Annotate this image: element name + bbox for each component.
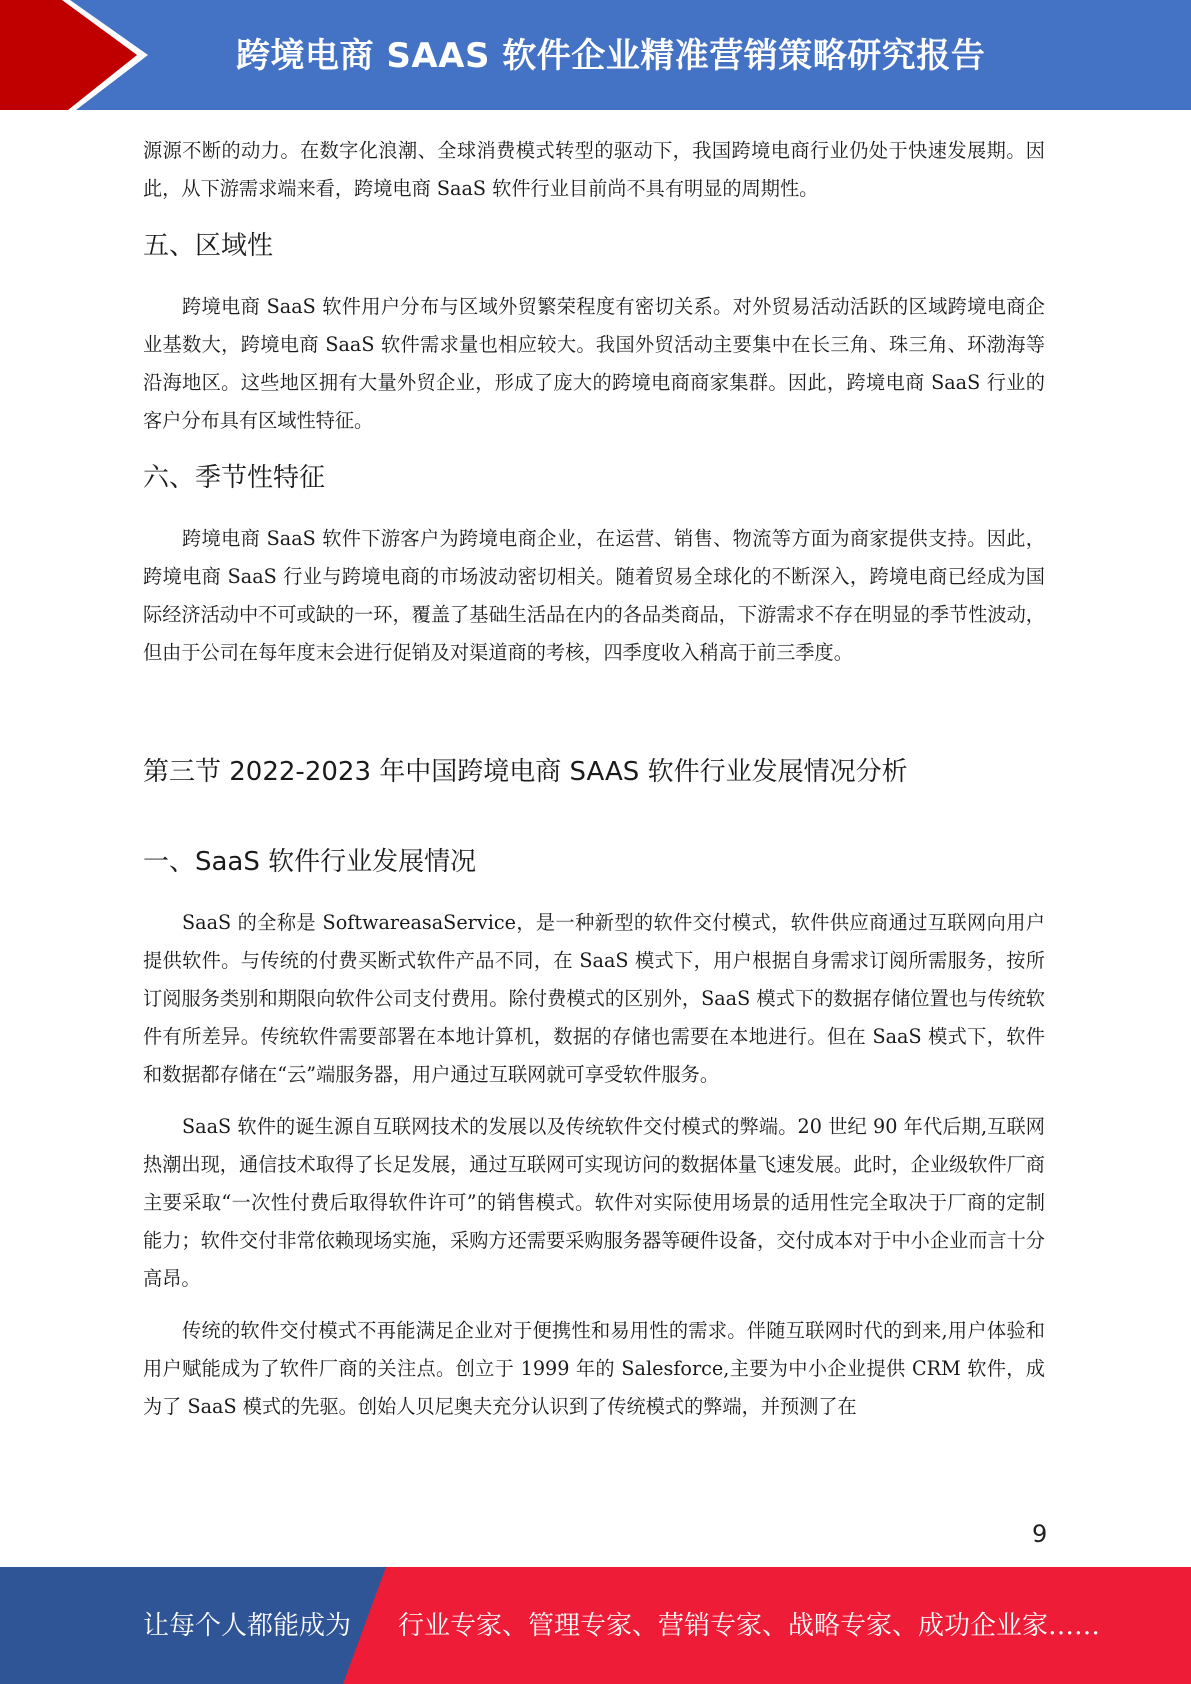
heading-seasonal: 六、季节性特征	[143, 458, 1045, 498]
section-title: 第三节 2022-2023 年中国跨境电商 SAAS 软件行业发展情况分析	[143, 752, 1045, 792]
page-number: 9	[1032, 1520, 1047, 1548]
document-body: 源源不断的动力。在数字化浪潮、全球消费模式转型的驱动下，我国跨境电商行业仍处于快…	[143, 132, 1045, 1426]
paragraph-seasonal: 跨境电商 SaaS 软件下游客户为跨境电商企业，在运营、销售、物流等方面为商家提…	[143, 520, 1045, 672]
paragraph-saas-history: 传统的软件交付模式不再能满足企业对于便携性和易用性的需求。伴随互联网时代的到来,…	[143, 1312, 1045, 1426]
paragraph-saas-definition: SaaS 的全称是 SoftwareasaService，是一种新型的软件交付模…	[143, 904, 1045, 1094]
heading-saas-development: 一、SaaS 软件行业发展情况	[143, 842, 1045, 882]
report-title: 跨境电商 SAAS 软件企业精准营销策略研究报告	[236, 28, 985, 77]
paragraph-saas-origin: SaaS 软件的诞生源自互联网技术的发展以及传统软件交付模式的弊端。20 世纪 …	[143, 1108, 1045, 1298]
heading-regional: 五、区域性	[143, 226, 1045, 266]
paragraph-regional: 跨境电商 SaaS 软件用户分布与区域外贸繁荣程度有密切关系。对外贸易活动活跃的…	[143, 288, 1045, 440]
footer-banner: 让每个人都能成为 行业专家、管理专家、营销专家、战略专家、成功企业家……	[0, 1567, 1191, 1684]
footer-slogan-right: 行业专家、管理专家、营销专家、战略专家、成功企业家……	[398, 1605, 1100, 1642]
report-header-banner: 跨境电商 SAAS 软件企业精准营销策略研究报告	[0, 0, 1191, 110]
paragraph-continuation: 源源不断的动力。在数字化浪潮、全球消费模式转型的驱动下，我国跨境电商行业仍处于快…	[143, 132, 1045, 208]
red-arrow-icon	[0, 0, 200, 110]
footer-slogan-left: 让每个人都能成为	[143, 1605, 351, 1642]
